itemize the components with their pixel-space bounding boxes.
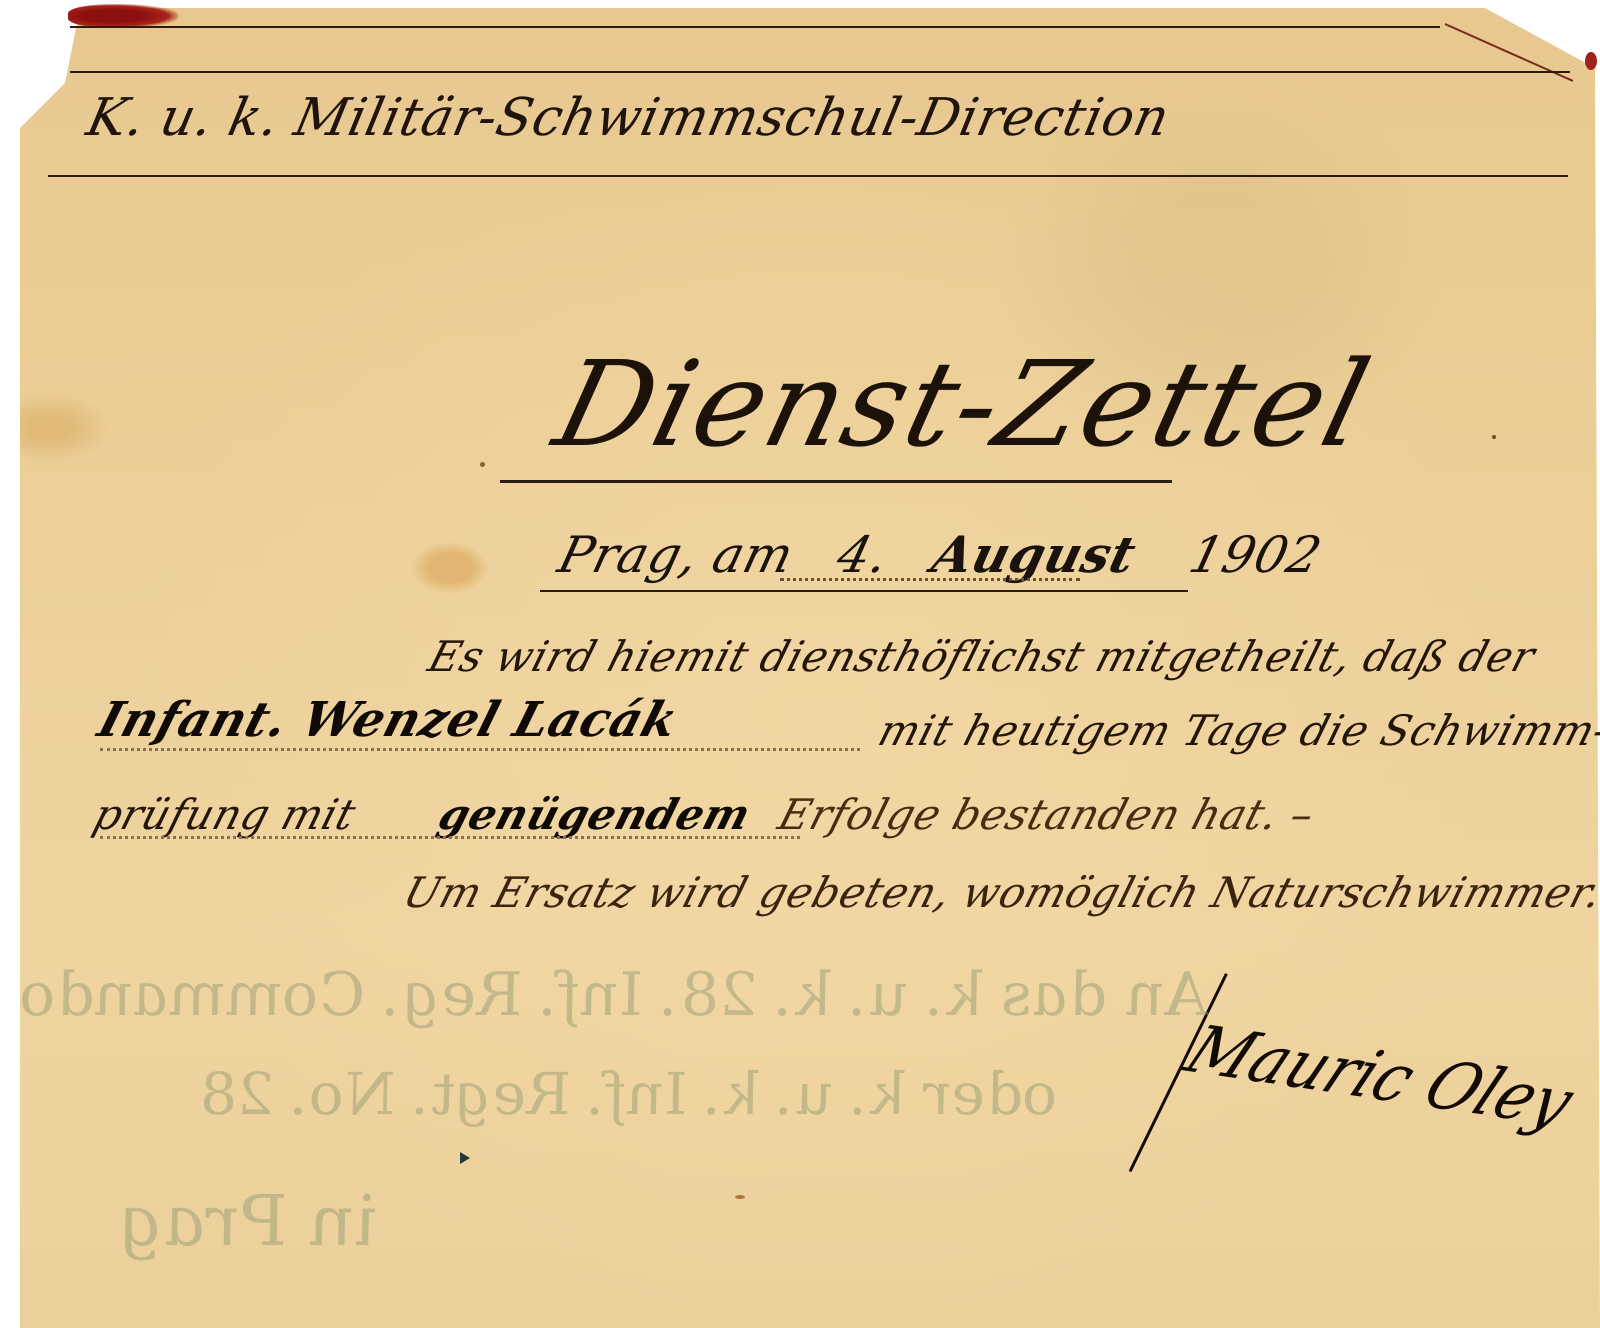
seal-stain-right <box>1585 52 1597 70</box>
grade-dotted-fill <box>100 836 800 839</box>
date-month: August <box>927 525 1142 584</box>
name-dotted-fill <box>100 748 860 751</box>
paper-speck <box>480 462 485 467</box>
header-rule-upper <box>70 71 1570 73</box>
date-dotted-fill <box>780 578 1080 581</box>
header-rule-top <box>70 26 1440 28</box>
date-underline <box>540 590 1188 592</box>
bleed-through-line-1: An das k. u. k. 28. Inf. Reg. Commando <box>13 960 1216 1030</box>
body-line-1: Es wird hiemit diensthöflichst mitgethei… <box>423 632 1541 681</box>
title-underline <box>500 480 1172 483</box>
body-line-4: Um Ersatz wird gebeten, womöglich Naturs… <box>398 868 1600 917</box>
body-line-2: mit heutigem Tage die Schwimm- <box>873 706 1600 755</box>
document-title: Dienst-Zettel <box>543 335 1384 473</box>
header-rule-lower <box>48 175 1568 177</box>
date-day: 4. <box>831 526 894 584</box>
date-line: Prag, am 4. August 1902 <box>553 525 1328 584</box>
issuer-header: K. u. k. Militär-Schwimmschul-Direction <box>82 88 1175 148</box>
bleed-through-line-2: oder k. u. k. Inf. Regt. No. 28 <box>193 1060 1065 1128</box>
soldier-name: Infant. Wenzel Lacák <box>92 692 684 748</box>
exam-grade: genügendem <box>433 790 756 839</box>
body-line-3-start: prüfung mit <box>88 790 362 839</box>
paper-speck <box>1492 435 1496 439</box>
paper-speck <box>735 1195 745 1199</box>
date-place: Prag, am <box>553 526 800 584</box>
date-year: 1902 <box>1184 526 1328 584</box>
wax-seal-stain <box>68 4 178 28</box>
body-line-3-end: Erfolge bestanden hat. – <box>773 790 1320 839</box>
bleed-through-line-3: in Prag <box>111 1180 385 1262</box>
